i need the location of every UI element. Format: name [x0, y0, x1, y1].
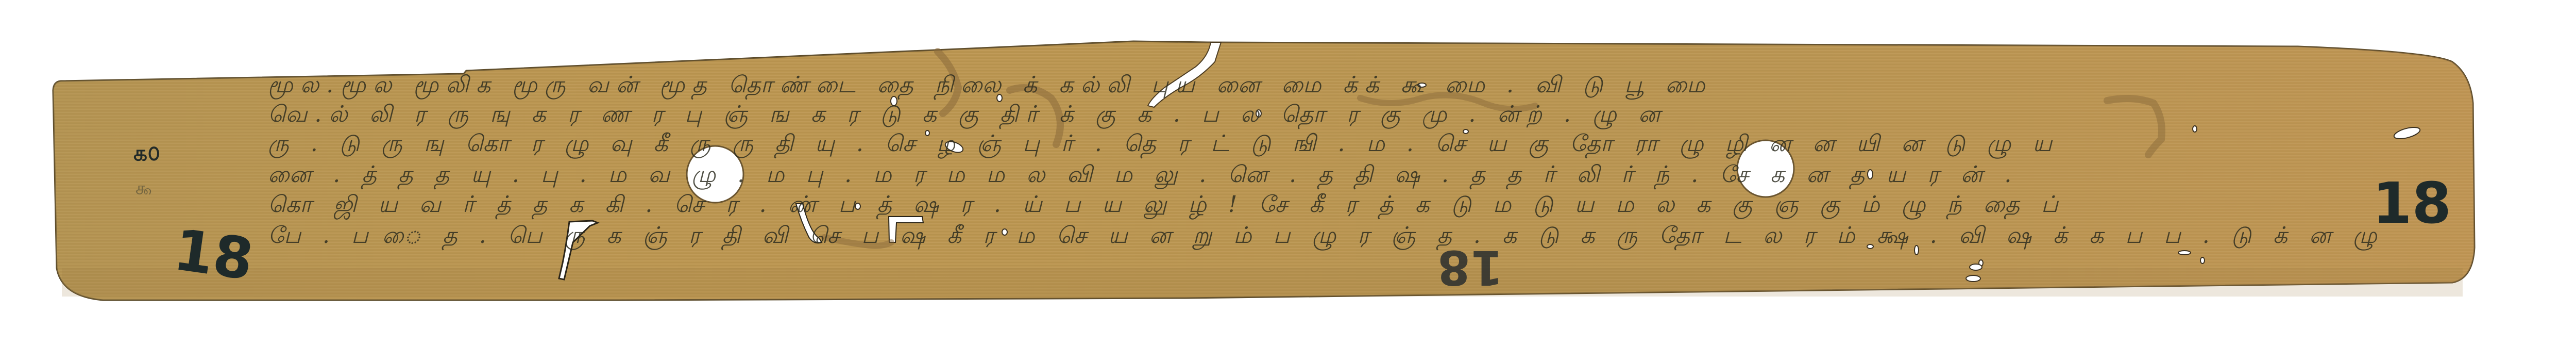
string-hole-left	[687, 146, 743, 203]
string-hole-right	[1737, 140, 1794, 197]
palm-leaf	[0, 0, 2576, 345]
manuscript-scan: ௧௦ ௯ 18 மூல.மூல மூலிக மூரு வன் மூத தொண்ட…	[0, 0, 2576, 345]
